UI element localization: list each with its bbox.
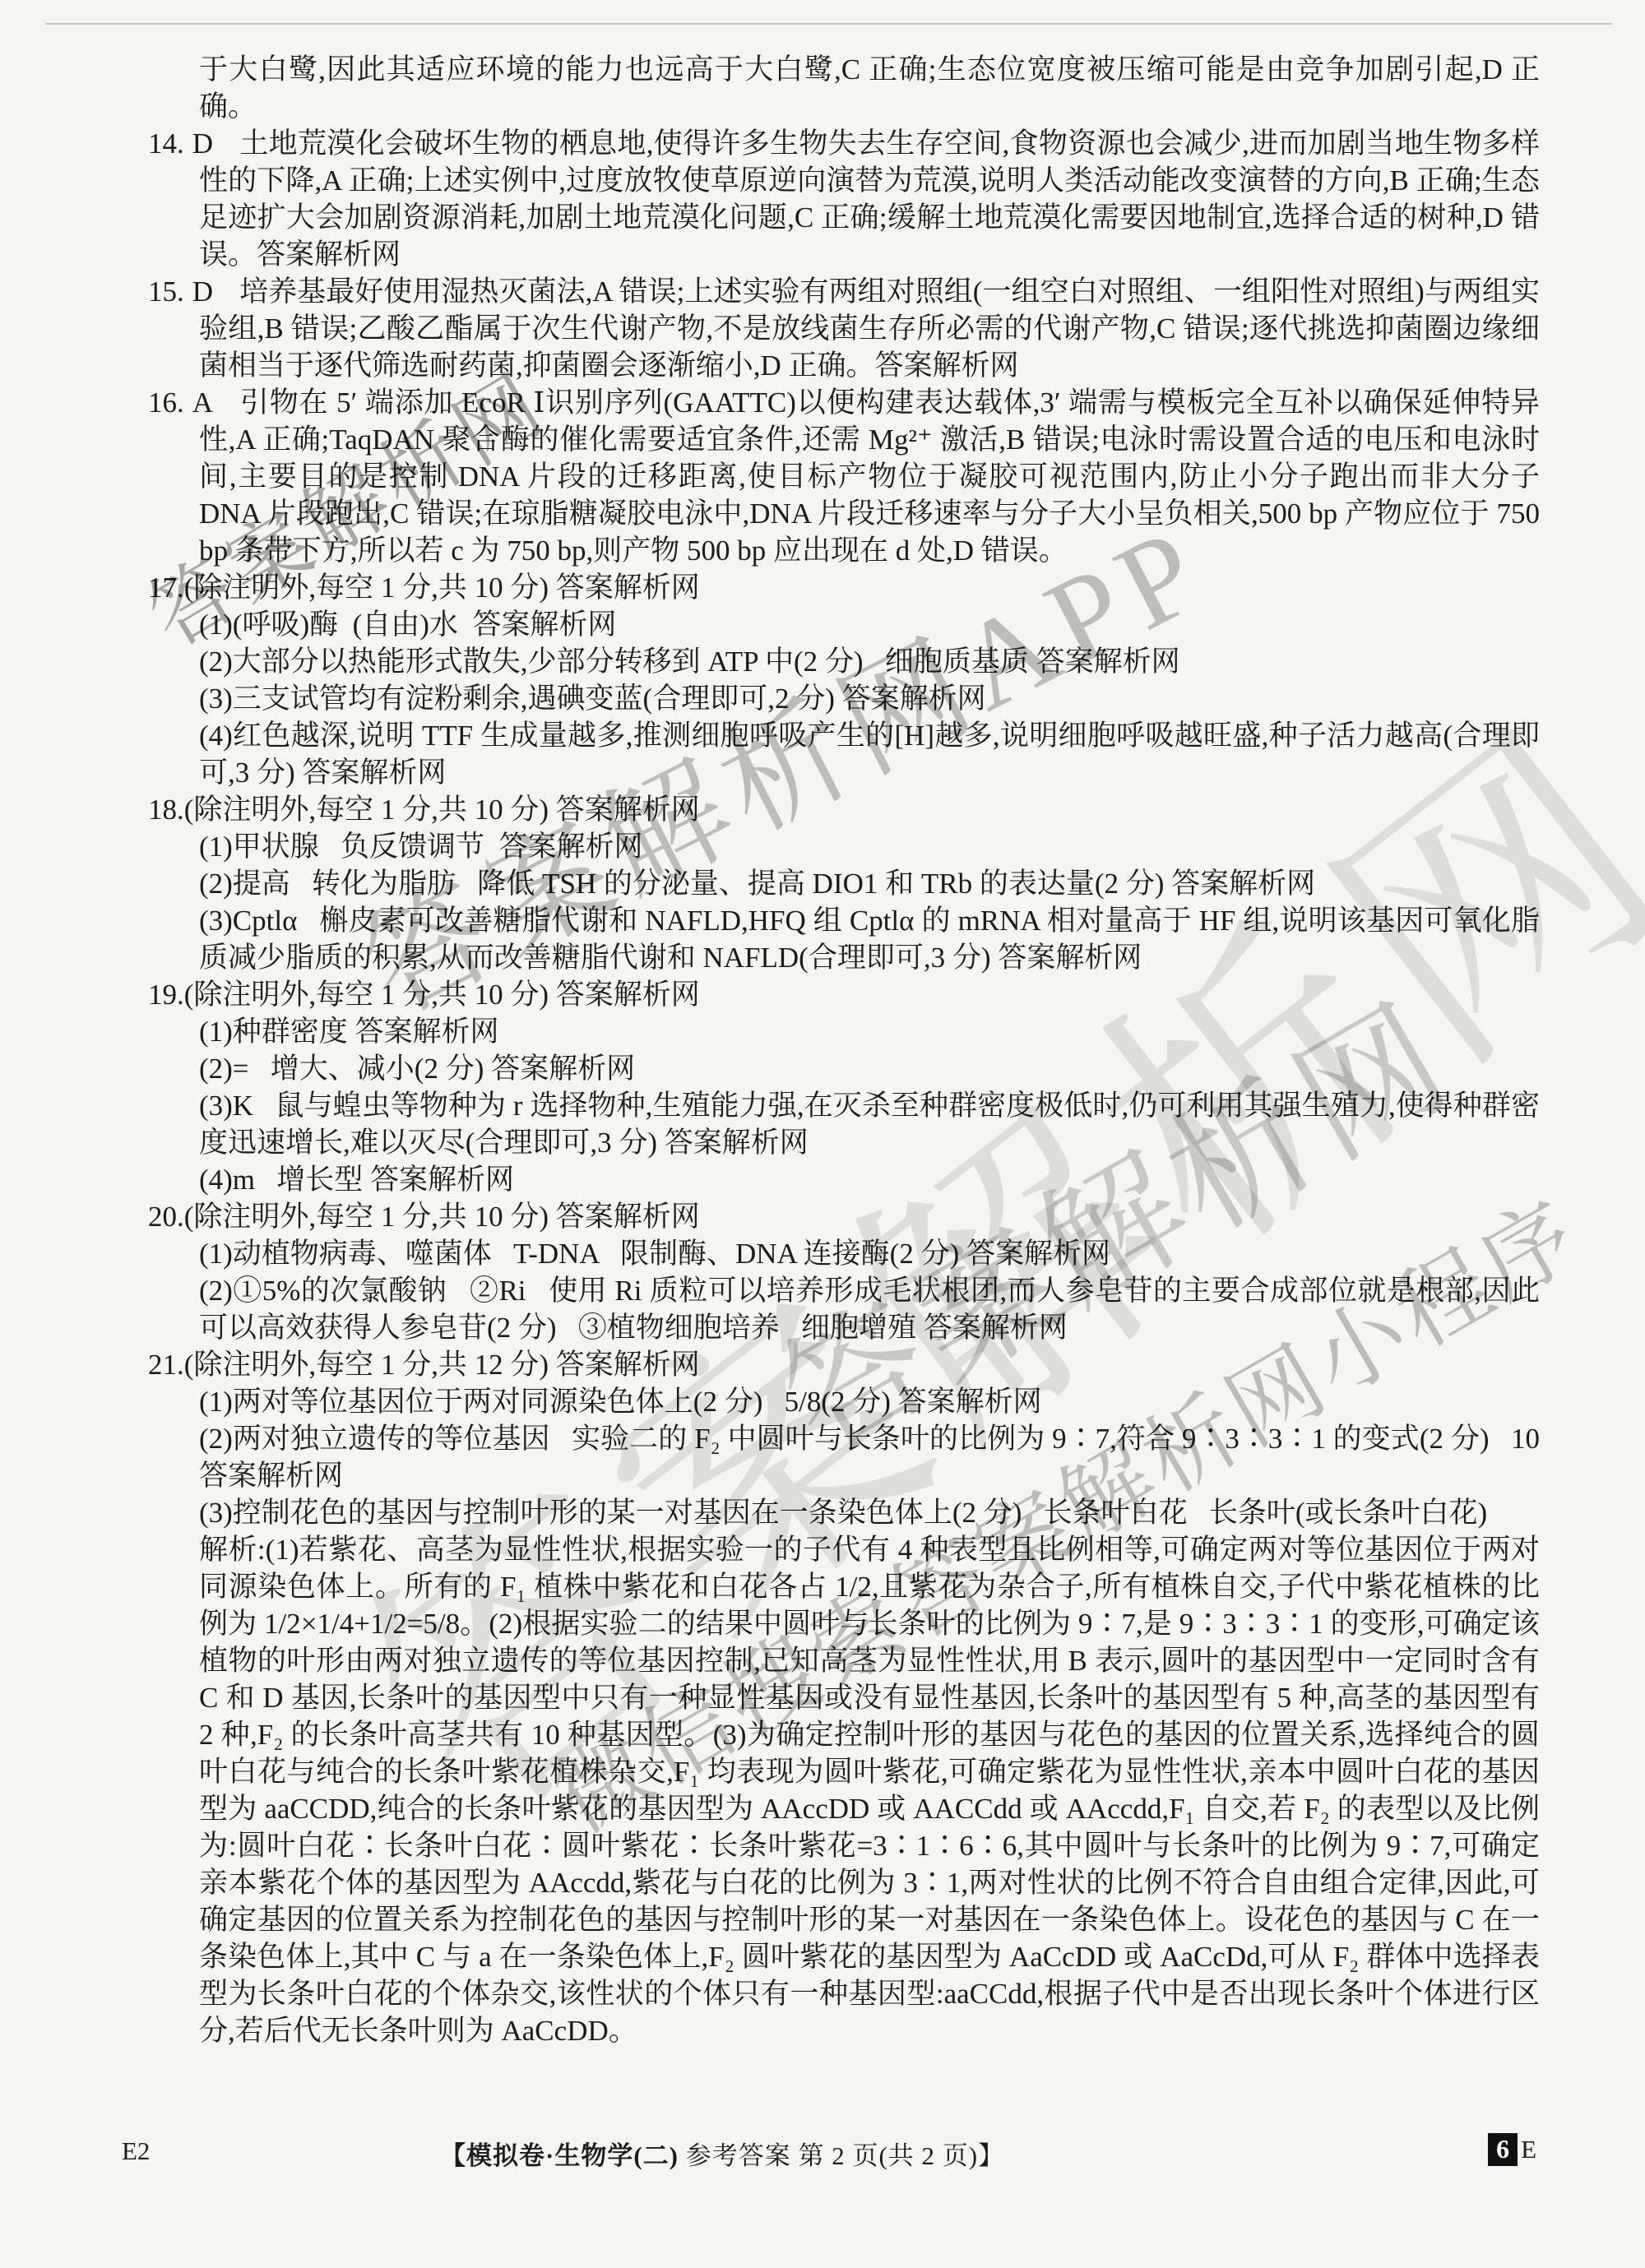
sub-answer-18-1: (1)甲状腺 负反馈调节 答案解析网 bbox=[199, 828, 1540, 865]
answer-item-19: 19.(除注明外,每空 1 分,共 10 分) 答案解析网 bbox=[148, 976, 1540, 1013]
sub-answer-18-3: (3)Cptlα 槲皮素可改善糖脂代谢和 NAFLD,HFQ 组 Cptlα 的… bbox=[199, 902, 1540, 976]
footer-left-code: E2 bbox=[122, 2136, 150, 2166]
footer-booklet-title: 【模拟卷·生物学(二) bbox=[440, 2141, 679, 2170]
sub-answer-20-1: (1)动植物病毒、噬菌体 T-DNA 限制酶、DNA 连接酶(2 分) 答案解析… bbox=[199, 1235, 1540, 1272]
item-header: (除注明外,每空 1 分,共 10 分) 答案解析网 bbox=[184, 572, 700, 604]
item-number: 20. bbox=[148, 1201, 184, 1233]
item-header: (除注明外,每空 1 分,共 10 分) 答案解析网 bbox=[184, 794, 700, 826]
item-header: (除注明外,每空 1 分,共 10 分) 答案解析网 bbox=[184, 979, 700, 1011]
sub-answer-19-2: (2)= 增大、减小(2 分) 答案解析网 bbox=[199, 1050, 1540, 1087]
answer-item-20: 20.(除注明外,每空 1 分,共 10 分) 答案解析网 bbox=[148, 1198, 1540, 1235]
item-number: 19. bbox=[148, 979, 184, 1011]
footer-center-title: 【模拟卷·生物学(二) 参考答案 第 2 页(共 2 页)】 bbox=[440, 2135, 1004, 2172]
answer-item-21: 21.(除注明外,每空 1 分,共 12 分) 答案解析网 bbox=[148, 1346, 1540, 1383]
answers-body: 于大白鹭,因此其适应环境的能力也远高于大白鹭,C 正确;生态位宽度被压缩可能是由… bbox=[148, 51, 1540, 2049]
sub-answer-19-4: (4)m 增长型 答案解析网 bbox=[199, 1161, 1540, 1198]
continuation-line: 于大白鹭,因此其适应环境的能力也远高于大白鹭,C 正确;生态位宽度被压缩可能是由… bbox=[199, 51, 1540, 125]
footer-right-code: 6E bbox=[1488, 2133, 1536, 2166]
footer-badge-number: 6 bbox=[1488, 2133, 1518, 2166]
item-header: (除注明外,每空 1 分,共 10 分) 答案解析网 bbox=[184, 1201, 700, 1233]
item-number: 14. bbox=[148, 127, 184, 160]
item-number: 16. bbox=[148, 386, 184, 419]
exam-answer-page: 于大白鹭,因此其适应环境的能力也远高于大白鹭,C 正确;生态位宽度被压缩可能是由… bbox=[0, 0, 1645, 2268]
page-footer: E2 【模拟卷·生物学(二) 参考答案 第 2 页(共 2 页)】 6E bbox=[0, 2133, 1645, 2191]
sub-answer-21-2: (2)两对独立遗传的等位基因 实验二的 F₂ 中圆叶与长条叶的比例为 9∶7,符… bbox=[199, 1420, 1540, 1494]
page-top-rule bbox=[45, 23, 1612, 25]
sub-answer-21-3: (3)控制花色的基因与控制叶形的某一对基因在一条染色体上(2 分) 长条叶白花 … bbox=[199, 1494, 1540, 1531]
footer-code-letter: E bbox=[1521, 2135, 1536, 2164]
item-number: 18. bbox=[148, 794, 184, 826]
sub-answer-18-2: (2)提高 转化为脂肪 降低 TSH 的分泌量、提高 DIO1 和 TRb 的表… bbox=[199, 865, 1540, 902]
sub-answer-17-3: (3)三支试管均有淀粉剩余,遇碘变蓝(合理即可,2 分) 答案解析网 bbox=[199, 680, 1540, 717]
answer-item-16: 16.A引物在 5′ 端添加 EcoR Ⅰ识别序列(GAATTC)以便构建表达载… bbox=[148, 384, 1540, 569]
sub-answer-17-2: (2)大部分以热能形式散失,少部分转移到 ATP 中(2 分) 细胞质基质 答案… bbox=[199, 643, 1540, 680]
answer-item-14: 14.D土地荒漠化会破坏生物的栖息地,使得许多生物失去生存空间,食物资源也会减少… bbox=[148, 125, 1540, 273]
item-number: 21. bbox=[148, 1349, 184, 1381]
answer-item-15: 15.D培养基最好使用湿热灭菌法,A 错误;上述实验有两组对照组(一组空白对照组… bbox=[148, 273, 1540, 384]
item-text: 培养基最好使用湿热灭菌法,A 错误;上述实验有两组对照组(一组空白对照组、一组阳… bbox=[199, 275, 1540, 382]
item-text: 土地荒漠化会破坏生物的栖息地,使得许多生物失去生存空间,食物资源也会减少,进而加… bbox=[199, 127, 1540, 271]
answer-letter: A bbox=[192, 386, 213, 419]
answer-item-17: 17.(除注明外,每空 1 分,共 10 分) 答案解析网 bbox=[148, 569, 1540, 606]
item-header: (除注明外,每空 1 分,共 12 分) 答案解析网 bbox=[184, 1349, 700, 1381]
item-number: 17. bbox=[148, 572, 184, 604]
footer-page-info: 参考答案 第 2 页(共 2 页)】 bbox=[679, 2141, 1004, 2170]
sub-answer-20-2: (2)①5%的次氯酸钠 ②Ri 使用 Ri 质粒可以培养形成毛状根团,而人参皂苷… bbox=[199, 1272, 1540, 1346]
answer-letter: D bbox=[192, 127, 213, 160]
sub-answer-19-1: (1)种群密度 答案解析网 bbox=[199, 1013, 1540, 1050]
item-number: 15. bbox=[148, 275, 184, 308]
sub-answer-17-4: (4)红色越深,说明 TTF 生成量越多,推测细胞呼吸产生的[H]越多,说明细胞… bbox=[199, 717, 1540, 791]
sub-answer-17-1: (1)(呼吸)酶 (自由)水 答案解析网 bbox=[199, 606, 1540, 643]
item-text: 引物在 5′ 端添加 EcoR Ⅰ识别序列(GAATTC)以便构建表达载体,3′… bbox=[199, 386, 1547, 567]
analysis-paragraph: 解析:(1)若紫花、高茎为显性性状,根据实验一的子代有 4 种表型且比例相等,可… bbox=[199, 1531, 1540, 2049]
answer-item-18: 18.(除注明外,每空 1 分,共 10 分) 答案解析网 bbox=[148, 791, 1540, 828]
sub-answer-21-1: (1)两对等位基因位于两对同源染色体上(2 分) 5/8(2 分) 答案解析网 bbox=[199, 1383, 1540, 1420]
sub-answer-19-3: (3)K 鼠与蝗虫等物种为 r 选择物种,生殖能力强,在灭杀至种群密度极低时,仍… bbox=[199, 1087, 1540, 1161]
answer-letter: D bbox=[192, 275, 213, 308]
